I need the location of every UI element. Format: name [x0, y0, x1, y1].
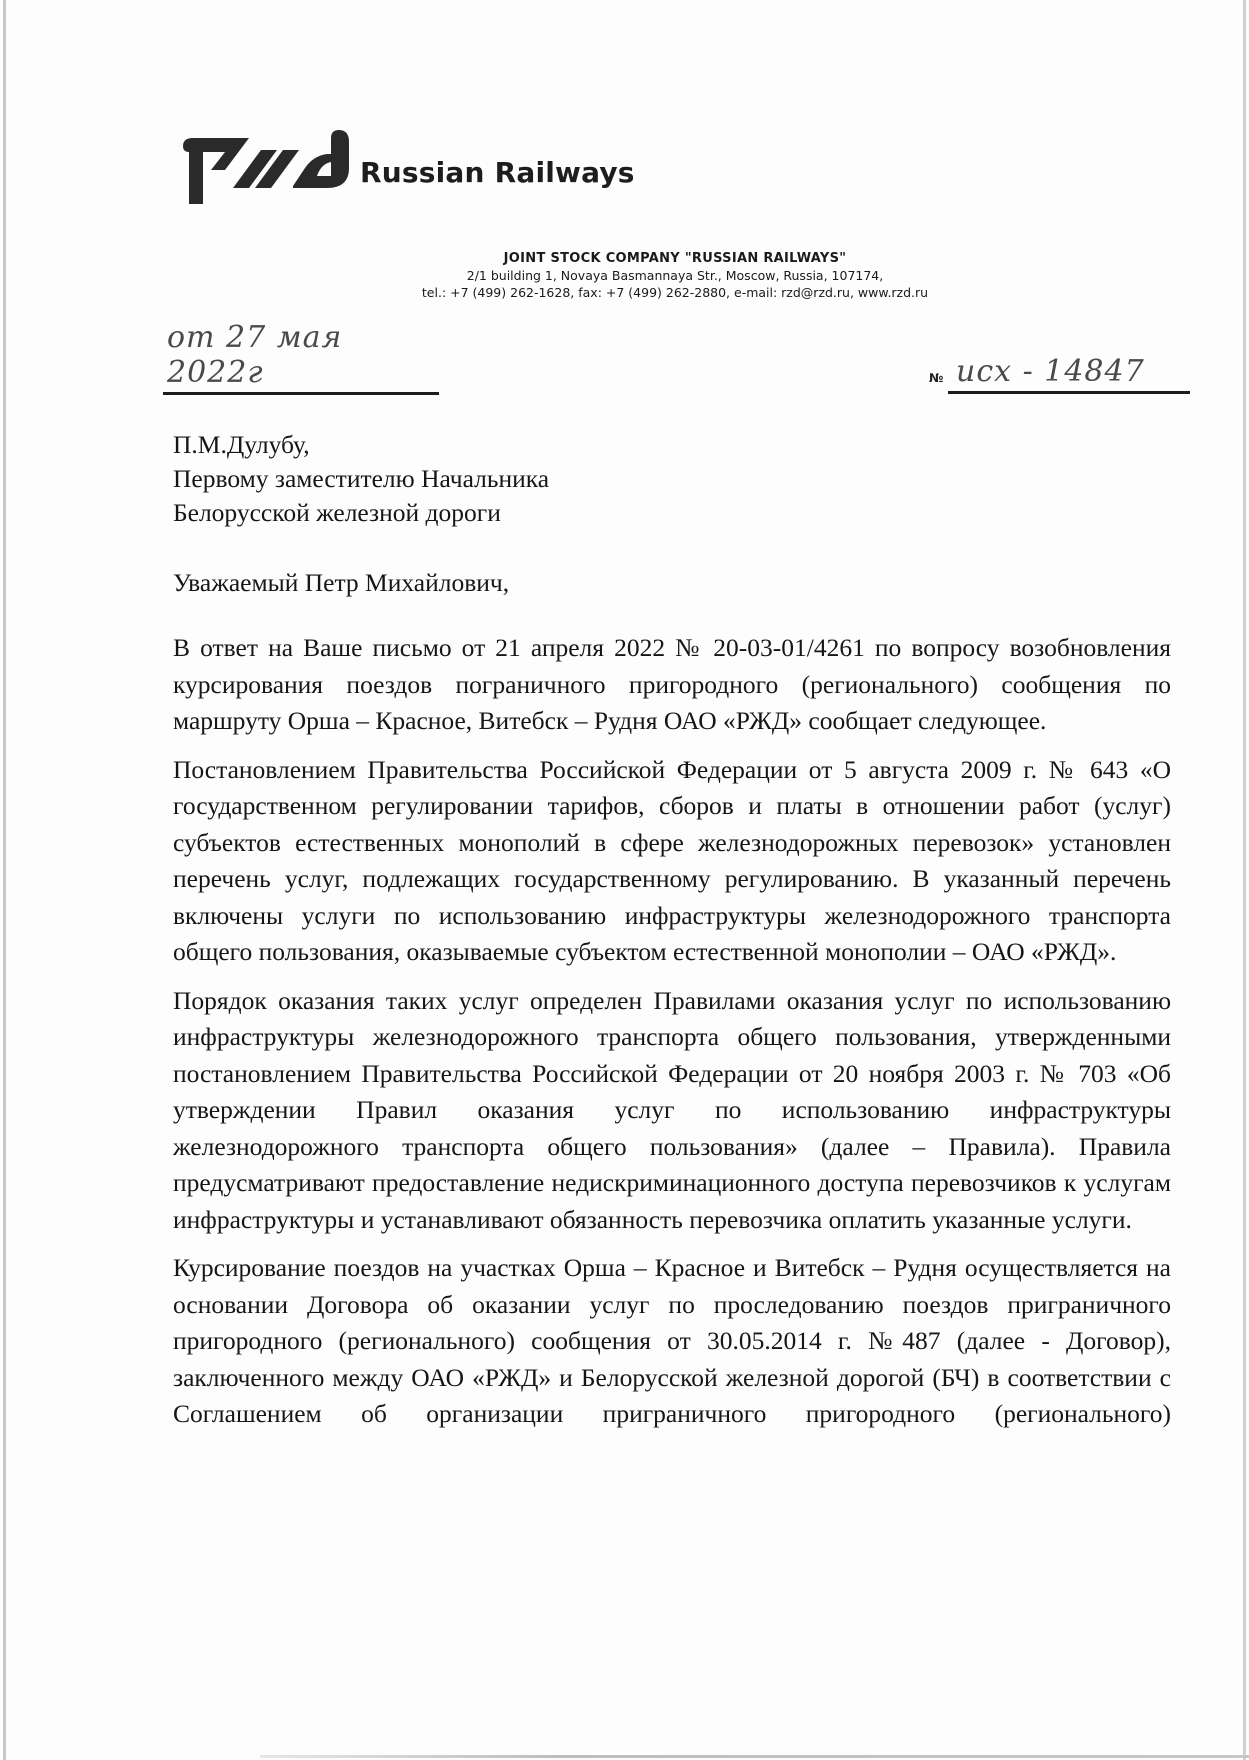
- addressee-name: П.М.Дулубу,: [173, 428, 549, 462]
- paragraph: Постановлением Правительства Российской …: [173, 752, 1171, 971]
- scan-edge-right: [1243, 0, 1246, 1760]
- paragraph: Порядок оказания таких услуг определен П…: [173, 983, 1171, 1239]
- salutation: Уважаемый Петр Михайлович,: [173, 566, 509, 600]
- addressee-organization: Белорусской железной дороги: [173, 496, 549, 530]
- paragraph: В ответ на Ваше письмо от 21 апреля 2022…: [173, 630, 1171, 740]
- date-field: от 27 мая 2022г: [163, 344, 439, 395]
- rzd-logo-icon: [181, 128, 351, 206]
- handwritten-number: исх - 14847: [956, 354, 1145, 389]
- letter-body: В ответ на Ваше письмо от 21 апреля 2022…: [173, 630, 1171, 1445]
- number-label: №: [929, 371, 943, 385]
- company-address: 2/1 building 1, Novaya Basmannaya Str., …: [350, 267, 1000, 284]
- handwritten-date: от 27 мая 2022г: [167, 320, 439, 390]
- brand-name: Russian Railways: [360, 156, 635, 189]
- paragraph: Курсирование поездов на участках Орша – …: [173, 1250, 1171, 1433]
- addressee-position: Первому заместителю Начальника: [173, 462, 549, 496]
- addressee-block: П.М.Дулубу, Первому заместителю Начальни…: [173, 428, 549, 530]
- company-name: JOINT STOCK COMPANY "RUSSIAN RAILWAYS": [350, 250, 1000, 267]
- scan-edge-bottom: [260, 1755, 1249, 1758]
- letter-page: Russian Railways JOINT STOCK COMPANY "RU…: [0, 0, 1249, 1760]
- company-header: JOINT STOCK COMPANY "RUSSIAN RAILWAYS" 2…: [350, 250, 1000, 301]
- company-contacts: tel.: +7 (499) 262-1628, fax: +7 (499) 2…: [350, 284, 1000, 301]
- scan-edge-left: [3, 0, 6, 1760]
- number-field: исх - 14847: [948, 342, 1190, 394]
